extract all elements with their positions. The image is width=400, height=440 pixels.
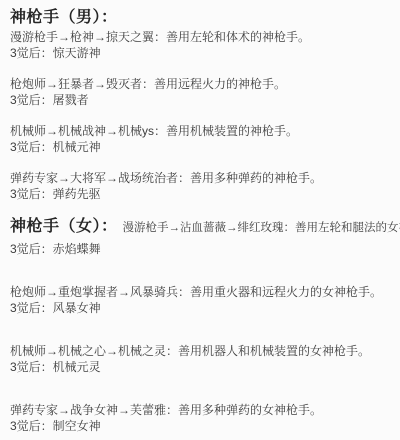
section-heading-female-row: 神枪手（女）：漫游枪手→沾血蔷薇→绯红玫瑰：善用左轮和腿法的女神枪手。 xyxy=(10,217,390,238)
class-progression: 漫游枪手→枪神→掠天之翼：善用左轮和体术的神枪手。 xyxy=(10,29,390,45)
section-gunner-male: 神枪手（男）： 漫游枪手→枪神→掠天之翼：善用左轮和体术的神枪手。 3觉后：惊天… xyxy=(10,8,390,202)
class-group-mechanic-male: 机械师→机械战神→机械ys：善用机械装置的神枪手。 3觉后：机械元神 xyxy=(10,123,390,155)
class-progression: 弹药专家→大将军→战场统治者：善用多种弹药的神枪手。 xyxy=(10,170,390,186)
class-progression: 机械师→机械之心→机械之灵：善用机器人和机械装置的女神枪手。 xyxy=(10,343,390,359)
awakening-line: 3觉后：机械元灵 xyxy=(10,359,390,375)
section-gunner-female: 神枪手（女）：漫游枪手→沾血蔷薇→绯红玫瑰：善用左轮和腿法的女神枪手。 3觉后：… xyxy=(10,217,390,434)
awakening-line: 3觉后：机械元神 xyxy=(10,139,390,155)
awakening-line: 3觉后：屠戮者 xyxy=(10,92,390,108)
class-progression: 枪炮师→狂暴者→毁灭者：善用远程火力的神枪手。 xyxy=(10,76,390,92)
class-group-mechanic-female: 机械师→机械之心→机械之灵：善用机器人和机械装置的女神枪手。 3觉后：机械元灵 xyxy=(10,343,390,375)
class-group-launcher-male: 枪炮师→狂暴者→毁灭者：善用远程火力的神枪手。 3觉后：屠戮者 xyxy=(10,76,390,108)
class-progression: 机械师→机械战神→机械ys：善用机械装置的神枪手。 xyxy=(10,123,390,139)
article-body: 神枪手（男）： 漫游枪手→枪神→掠天之翼：善用左轮和体术的神枪手。 3觉后：惊天… xyxy=(0,0,400,440)
class-group-launcher-female: 枪炮师→重炮掌握者→风暴骑兵：善用重火器和远程火力的女神枪手。 3觉后：风暴女神 xyxy=(10,284,390,316)
class-group-spitfire-female: 弹药专家→战争女神→芙蕾雅：善用多种弹药的女神枪手。 3觉后：制空女神 xyxy=(10,402,390,434)
class-progression: 漫游枪手→沾血蔷薇→绯红玫瑰：善用左轮和腿法的女神枪手。 xyxy=(123,222,400,234)
awakening-line: 3觉后：制空女神 xyxy=(10,418,390,434)
awakening-line: 3觉后：弹药先驱 xyxy=(10,186,390,202)
awakening-line: 3觉后：风暴女神 xyxy=(10,300,390,316)
section-heading-female: 神枪手（女）： xyxy=(10,218,118,235)
class-group-ranger-male: 漫游枪手→枪神→掠天之翼：善用左轮和体术的神枪手。 3觉后：惊天游神 xyxy=(10,29,390,61)
class-progression: 枪炮师→重炮掌握者→风暴骑兵：善用重火器和远程火力的女神枪手。 xyxy=(10,284,390,300)
class-progression: 弹药专家→战争女神→芙蕾雅：善用多种弹药的女神枪手。 xyxy=(10,402,390,418)
awakening-line: 3觉后：赤焰蝶舞 xyxy=(10,241,390,257)
section-heading-male: 神枪手（男）： xyxy=(10,8,390,27)
class-group-spitfire-male: 弹药专家→大将军→战场统治者：善用多种弹药的神枪手。 3觉后：弹药先驱 xyxy=(10,170,390,202)
awakening-line: 3觉后：惊天游神 xyxy=(10,45,390,61)
